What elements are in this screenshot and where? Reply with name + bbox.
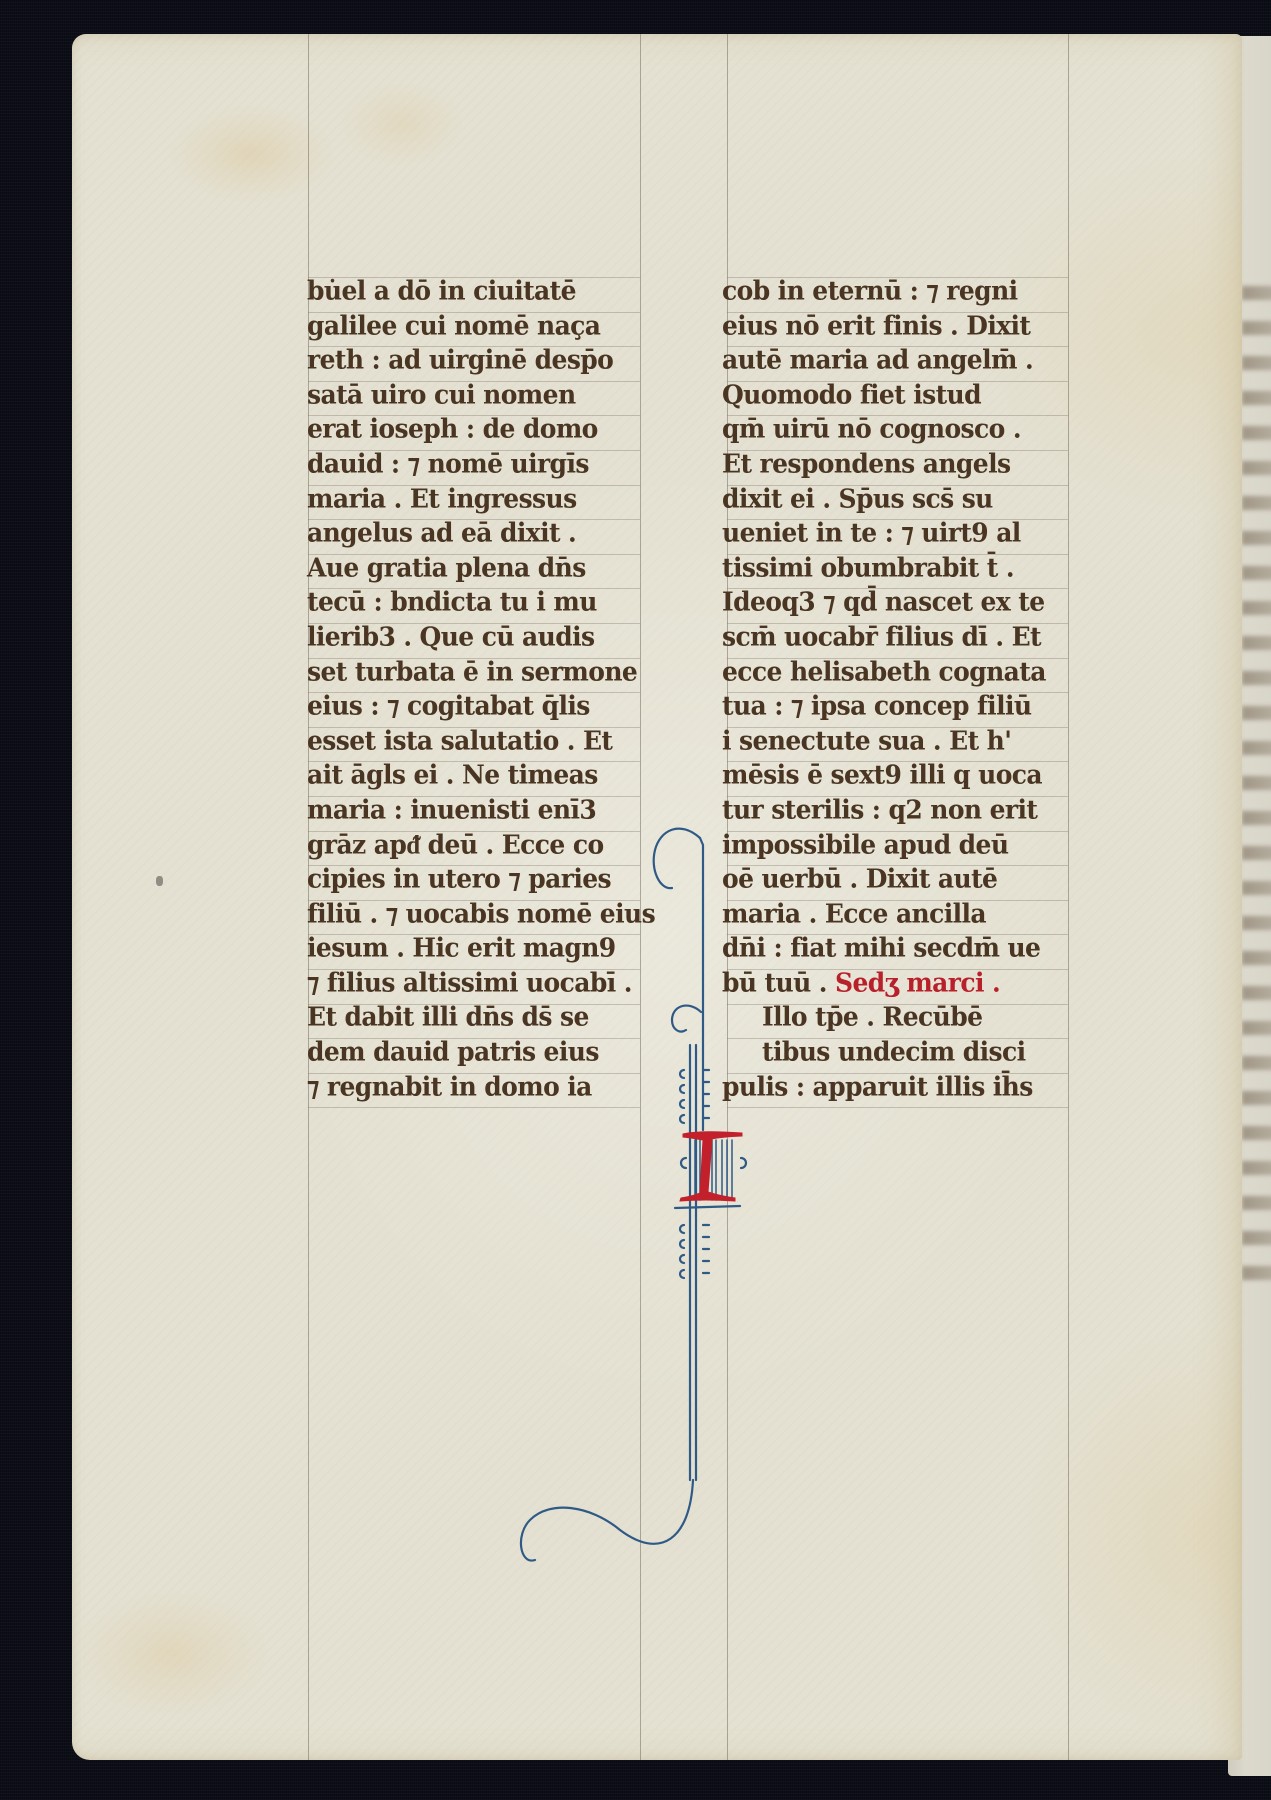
text-line: maria . Et ingressus [307, 483, 652, 519]
text-line: pulis : apparuit illis ih̄s [722, 1071, 1082, 1107]
text-line: bu̇el a dō in ciuitatē [307, 275, 652, 311]
text-line: angelus ad eā dixit . [307, 517, 652, 553]
text-line: mēsis ē sext9 illi q uoca [722, 760, 1082, 796]
text-fragment: bū tuū . [722, 967, 827, 997]
text-line: ⁊ filius altissimi uocabī . [307, 967, 652, 1003]
text-line: oē uerbū . Dixit autē [722, 863, 1082, 899]
text-line: Aue gratia plena dn̄s [307, 552, 652, 588]
text-line: tua : ⁊ ipsa concep filiū [722, 690, 1082, 726]
text-line: maria : inuenisti enī3 [307, 794, 652, 830]
text-line: tissimi obumbrabit t̄ . [722, 552, 1082, 588]
ink-stain [156, 876, 163, 886]
text-line: esset ista salutatio . Et [307, 725, 652, 761]
text-line: Et dabit illi dn̄s ds̄ se [307, 1002, 652, 1038]
left-column: bu̇el a dō in ciuitatē galilee cui nomē … [307, 277, 652, 1107]
text-line: impossibile apud deū [722, 829, 1082, 865]
rubric-heading: Sedʒ marci . [835, 967, 1000, 997]
text-line: bū tuū . Sedʒ marci . [722, 967, 1082, 1003]
text-line: Ideoq3 ⁊ qd̄ nascet ex te [722, 587, 1082, 623]
text-line: ueniet in te : ⁊ uirt9 al [722, 517, 1082, 553]
text-line: ⁊ regnabit in domo ia [307, 1071, 652, 1107]
text-line: satā uiro cui nomen [307, 379, 652, 415]
text-line: i senectute sua . Et h' [722, 725, 1082, 761]
text-line: Quomodo fiet istud [722, 379, 1082, 415]
text-line: tecū : bndicta tu i mu [307, 587, 652, 623]
right-column: cob in eternū : ⁊ regni eius nō erit fin… [722, 277, 1082, 1107]
text-line: tibus undecim disci [722, 1036, 1082, 1072]
text-line: tur sterilis : q2 non erit [722, 794, 1082, 830]
text-line: grāz apᵭ deū . Ecce co [307, 829, 652, 865]
text-line: Illo tp̄e . Recūbē [722, 1002, 1082, 1038]
text-line: eius : ⁊ cogitabat q̄lis [307, 690, 652, 726]
text-line: dixit ei . Sp̄us scs̄ su [722, 483, 1082, 519]
text-line: dem dauid patris eius [307, 1036, 652, 1072]
text-line: cipies in utero ⁊ paries [307, 863, 652, 899]
text-line: filiū . ⁊ uocabis nomē eius [307, 898, 652, 934]
text-line: qm̄ uirū nō cognosco . [722, 414, 1082, 450]
text-line: maria . Ecce ancilla [722, 898, 1082, 934]
text-line: reth : ad uirginē desp̄o [307, 344, 652, 380]
text-line: set turbata ē in sermone [307, 656, 652, 692]
text-line: ait āgls ei . Ne timeas [307, 760, 652, 796]
text-line: galilee cui nomē naça [307, 310, 652, 346]
text-line: ecce helisabeth cognata [722, 656, 1082, 692]
text-line: erat ioseph : de domo [307, 414, 652, 450]
text-line: Et respondens angels [722, 448, 1082, 484]
text-line: dn̄i : fiat mihi secdm̄ ue [722, 933, 1082, 969]
text-line: cob in eternū : ⁊ regni [722, 275, 1082, 311]
text-line: iesum . Hic erit magn9 [307, 933, 652, 969]
text-line: autē maria ad angelm̄ . [722, 344, 1082, 380]
text-line: scm̄ uocabr̄ filius dī . Et [722, 621, 1082, 657]
text-line: lierib3 . Que cū audis [307, 621, 652, 657]
text-line: dauid : ⁊ nomē uirgīs [307, 448, 652, 484]
text-line: eius nō erit finis . Dixit [722, 310, 1082, 346]
